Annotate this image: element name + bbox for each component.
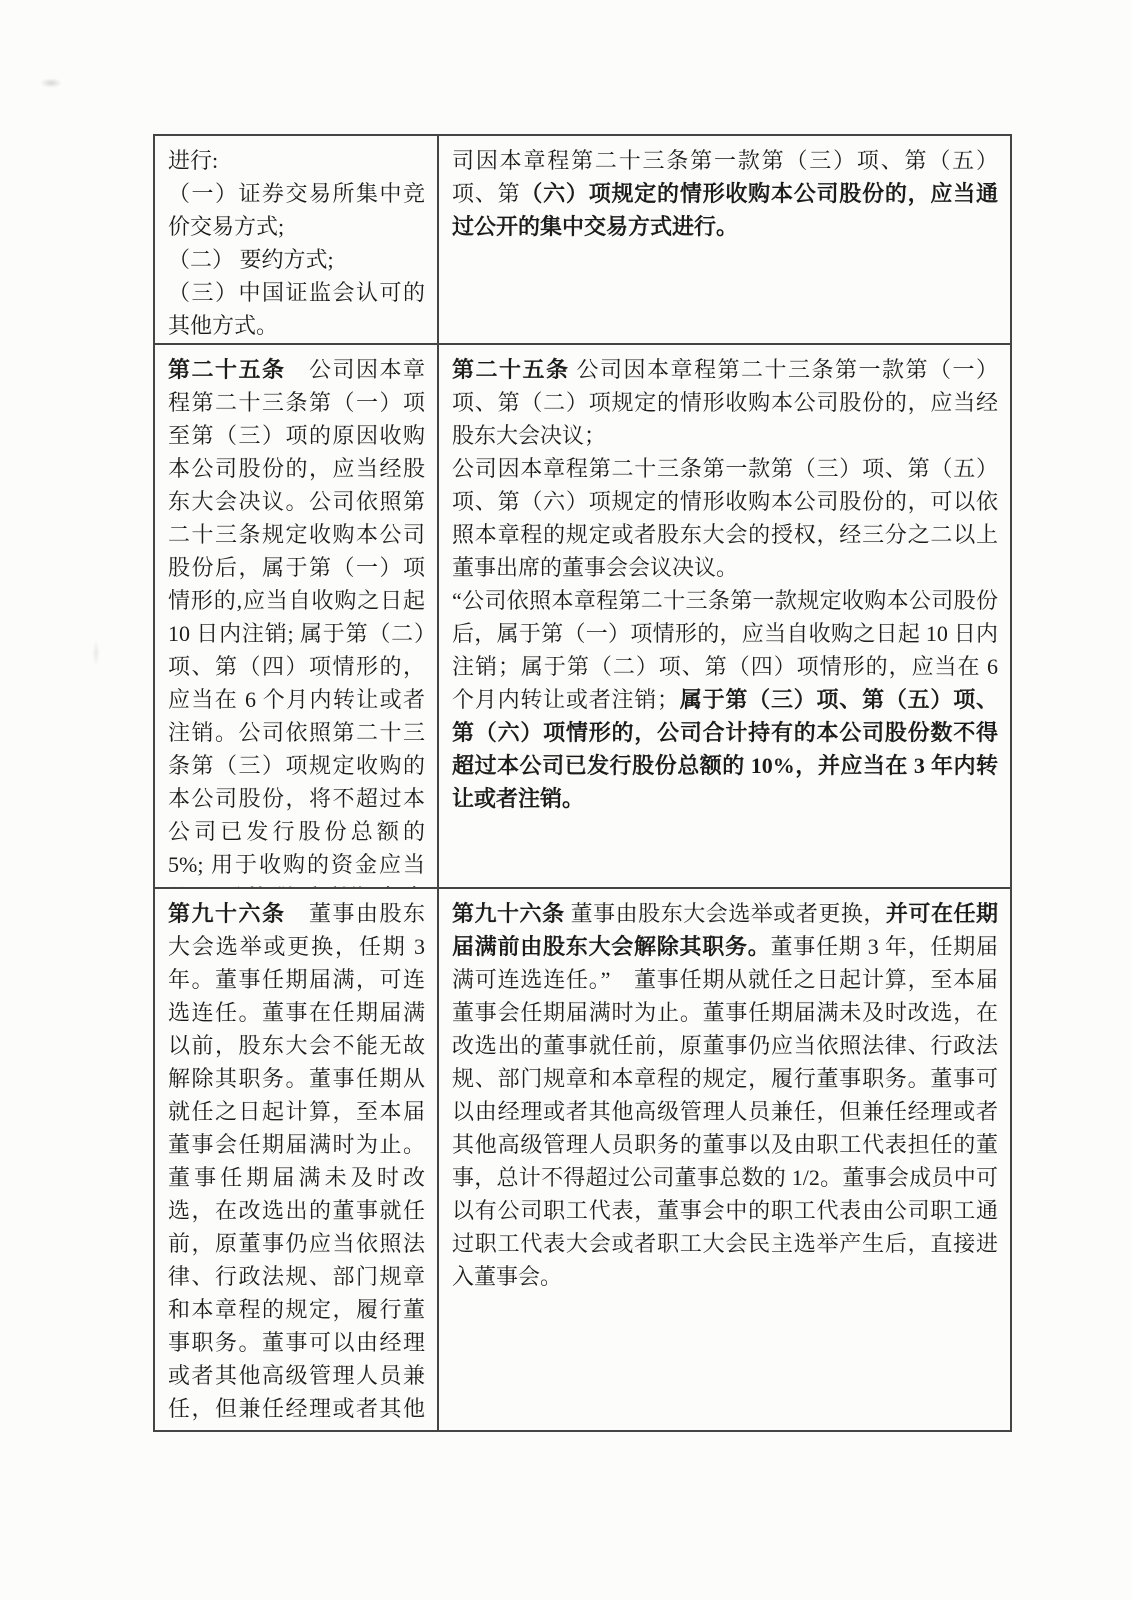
old-text-cell: 进行: （一）证券交易所集中竞价交易方式; （二） 要约方式; （三）中国证监会…: [155, 136, 439, 345]
scan-smudge-artifact: [40, 78, 62, 88]
text-segment: （二） 要约方式;: [168, 247, 334, 272]
paragraph: 公司因本章程第二十三条第一款第（三）项、第（五）项、第（六）项规定的情形收购本公…: [452, 452, 998, 584]
paragraph: 进行:: [168, 144, 425, 177]
paragraph: （一）证券交易所集中竞价交易方式;: [168, 177, 425, 243]
text-segment: 董事由股东大会选举或者更换，: [565, 901, 886, 926]
paragraph: 第九十六条 董事由股东大会选举或更换，任期 3 年。董事任期届满，可连选连任。董…: [168, 897, 425, 1430]
bold-text-segment: （六）项规定的情形收购本公司股份的，应当通过公开的集中交易方式进行。: [452, 181, 998, 239]
paragraph: （三）中国证监会认可的其他方式。: [168, 276, 425, 342]
text-segment: 公司因本章程第二十三条第一款第（三）项、第（五）项、第（六）项规定的情形收购本公…: [452, 456, 998, 580]
new-text-cell: 司因本章程第二十三条第一款第（三）项、第（五）项、第（六）项规定的情形收购本公司…: [439, 136, 1010, 345]
text-segment: 董事由股东大会选举或更换，任期 3 年。董事任期届满，可连选连任。董事在任期届满…: [168, 901, 425, 1430]
old-text-cell: 第九十六条 董事由股东大会选举或更换，任期 3 年。董事任期届满，可连选连任。董…: [155, 889, 439, 1430]
article-number: 第九十六条: [168, 901, 286, 926]
paragraph: 第二十五条 公司因本章程第二十三条第一款第（一）项、第（二）项规定的情形收购本公…: [452, 353, 998, 452]
comparison-table: 进行: （一）证券交易所集中竞价交易方式; （二） 要约方式; （三）中国证监会…: [153, 134, 1012, 1432]
text-segment: 公司因本章程第二十三条第（一）项至第（三）项的原因收购本公司股份的，应当经股东大…: [168, 357, 425, 889]
paragraph: “公司依照本章程第二十三条第一款规定收购本公司股份后，属于第（一）项情形的，应当…: [452, 584, 998, 815]
new-text-cell: 第二十五条 公司因本章程第二十三条第一款第（一）项、第（二）项规定的情形收购本公…: [439, 345, 1010, 889]
old-text-cell: 第二十五条 公司因本章程第二十三条第（一）项至第（三）项的原因收购本公司股份的，…: [155, 345, 439, 889]
paragraph: （二） 要约方式;: [168, 243, 425, 276]
scan-speck-artifact: [92, 640, 100, 666]
text-segment: （一）证券交易所集中竞价交易方式;: [168, 181, 425, 239]
new-text-cell: 第九十六条 董事由股东大会选举或者更换，并可在任期届满前由股东大会解除其职务。董…: [439, 889, 1010, 1430]
paragraph: 司因本章程第二十三条第一款第（三）项、第（五）项、第（六）项规定的情形收购本公司…: [452, 144, 998, 243]
article-number: 第二十五条: [452, 357, 570, 382]
text-segment: （三）中国证监会认可的其他方式。: [168, 280, 425, 338]
paragraph: 第二十五条 公司因本章程第二十三条第（一）项至第（三）项的原因收购本公司股份的，…: [168, 353, 425, 889]
article-number: 第二十五条: [168, 357, 286, 382]
text-segment: 董事任期 3 年，任期届满可连选连任。” 董事任期从就任之日起计算，至本届董事会…: [452, 934, 998, 1289]
paragraph: 第九十六条 董事由股东大会选举或者更换，并可在任期届满前由股东大会解除其职务。董…: [452, 897, 998, 1293]
text-segment: 进行:: [168, 148, 218, 173]
article-number: 第九十六条: [452, 901, 565, 926]
